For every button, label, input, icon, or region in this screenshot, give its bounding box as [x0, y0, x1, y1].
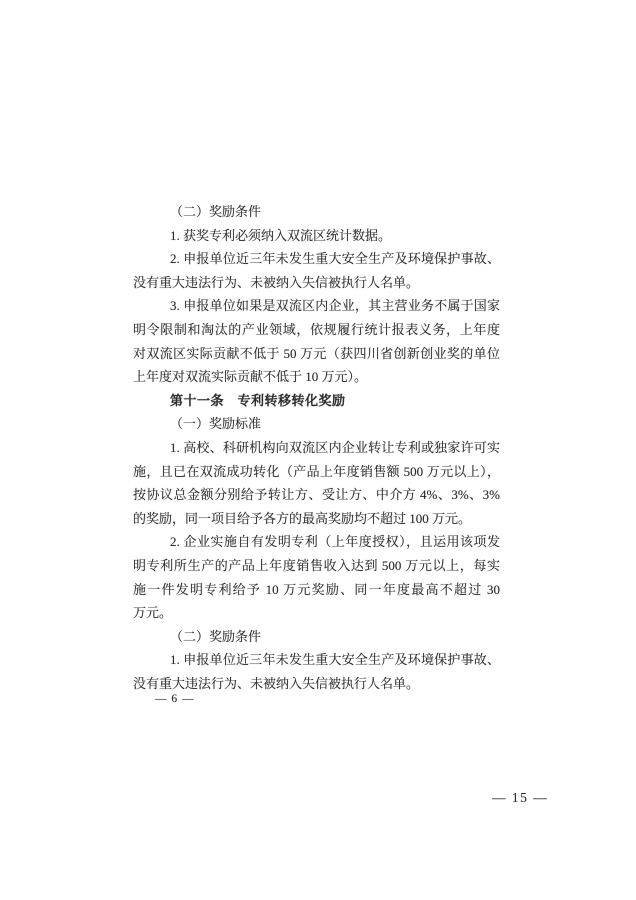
text-line: 没有重大违法行为、未被纳入失信被执行人名单。	[133, 271, 500, 295]
text-line: 1. 获奖专利必须纳入双流区统计数据。	[133, 224, 500, 248]
text-line: 2. 企业实施自有发明专利（上年度授权），且运用该项发	[133, 530, 500, 554]
inner-page-number: — 6 —	[155, 693, 195, 705]
document-page: （二）奖励条件 1. 获奖专利必须纳入双流区统计数据。 2. 申报单位近三年未发…	[0, 0, 636, 900]
section-heading: （二）奖励条件	[133, 200, 500, 224]
text-line: 上年度对双流实际贡献不低于 10 万元）。	[133, 365, 500, 389]
outer-page-number: — 15 —	[492, 790, 548, 806]
text-line: 的奖励，同一项目给予各方的最高奖励均不超过 100 万元。	[133, 507, 500, 531]
text-line: 按协议总金额分别给予转让方、受让方、中介方 4%、3%、3%	[133, 483, 500, 507]
text-line: 施一件发明专利给予 10 万元奖励、同一年度最高不超过 30	[133, 578, 500, 602]
document-text-block: （二）奖励条件 1. 获奖专利必须纳入双流区统计数据。 2. 申报单位近三年未发…	[133, 200, 500, 695]
text-line: 明专利所生产的产品上年度销售收入达到 500 万元以上，每实	[133, 554, 500, 578]
text-line: 明令限制和淘汰的产业领域，依规履行统计报表义务，上年度	[133, 318, 500, 342]
text-line: 3. 申报单位如果是双流区内企业，其主营业务不属于国家	[133, 294, 500, 318]
text-line: 没有重大违法行为、未被纳入失信被执行人名单。	[133, 672, 500, 696]
article-heading: 第十一条 专利转移转化奖励	[133, 389, 500, 413]
text-line: 对双流区实际贡献不低于 50 万元（获四川省创新创业奖的单位	[133, 342, 500, 366]
section-heading: （二）奖励条件	[133, 625, 500, 649]
text-line: 1. 高校、科研机构向双流区内企业转让专利或独家许可实	[133, 436, 500, 460]
text-line: 2. 申报单位近三年未发生重大安全生产及环境保护事故、	[133, 247, 500, 271]
text-line: 施，且已在双流成功转化（产品上年度销售额 500 万元以上），	[133, 460, 500, 484]
section-heading: （一）奖励标准	[133, 412, 500, 436]
text-line: 1. 申报单位近三年未发生重大安全生产及环境保护事故、	[133, 648, 500, 672]
text-line: 万元。	[133, 601, 500, 625]
